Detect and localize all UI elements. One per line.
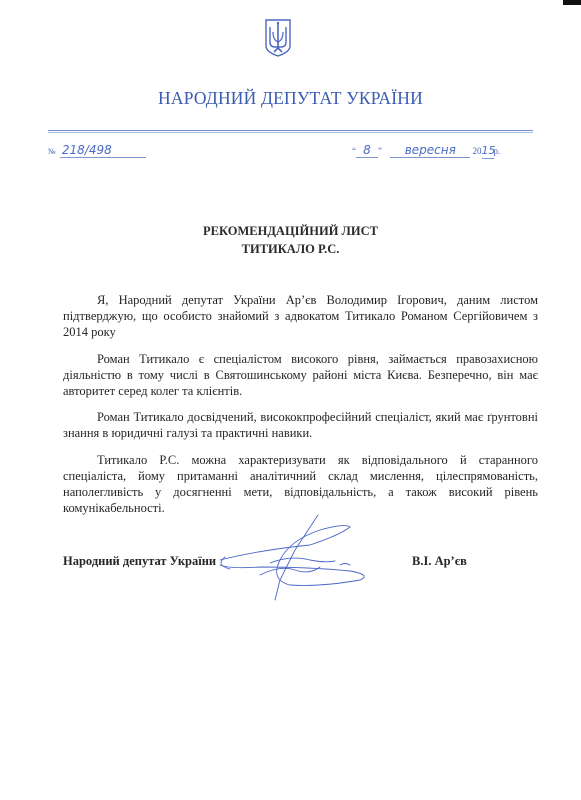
signer-name: В.І. Ар’єв bbox=[412, 554, 467, 569]
document-title-line2: ТИТИКАЛО Р.С. bbox=[0, 240, 581, 258]
header-title: НАРОДНИЙ ДЕПУТАТ УКРАЇНИ bbox=[0, 88, 581, 109]
date-year-abbr: р. bbox=[494, 146, 501, 156]
letter-body: Я, Народний депутат України Ар’єв Володи… bbox=[63, 292, 538, 526]
header-divider bbox=[48, 130, 533, 131]
header-divider-thin bbox=[48, 132, 533, 133]
document-title-line1: РЕКОМЕНДАЦІЙНИЙ ЛИСТ bbox=[0, 222, 581, 240]
date-year-prefix: 20 bbox=[473, 146, 482, 156]
handwritten-signature-icon bbox=[200, 505, 370, 605]
trident-emblem-icon bbox=[264, 18, 292, 58]
date-year-suffix: 15 bbox=[482, 144, 494, 159]
date-month: вересня bbox=[390, 143, 470, 158]
signer-position: Народний депутат України bbox=[63, 554, 216, 569]
date-day: 8 bbox=[356, 143, 378, 158]
document-date: “8” вересня 2015р. bbox=[352, 143, 500, 159]
registration-number: № 218/498 bbox=[48, 143, 146, 158]
date-close-quote: ” bbox=[378, 146, 382, 156]
paragraph: Роман Титикало досвідчений, висококпрофе… bbox=[63, 409, 538, 441]
registration-number-value: 218/498 bbox=[60, 143, 146, 158]
number-sign: № bbox=[48, 147, 56, 156]
document-title: РЕКОМЕНДАЦІЙНИЙ ЛИСТ ТИТИКАЛО Р.С. bbox=[0, 222, 581, 258]
paragraph: Роман Титикало є спеціалістом високого р… bbox=[63, 351, 538, 400]
paragraph: Я, Народний депутат України Ар’єв Володи… bbox=[63, 292, 538, 341]
scan-corner-mark bbox=[563, 0, 581, 5]
